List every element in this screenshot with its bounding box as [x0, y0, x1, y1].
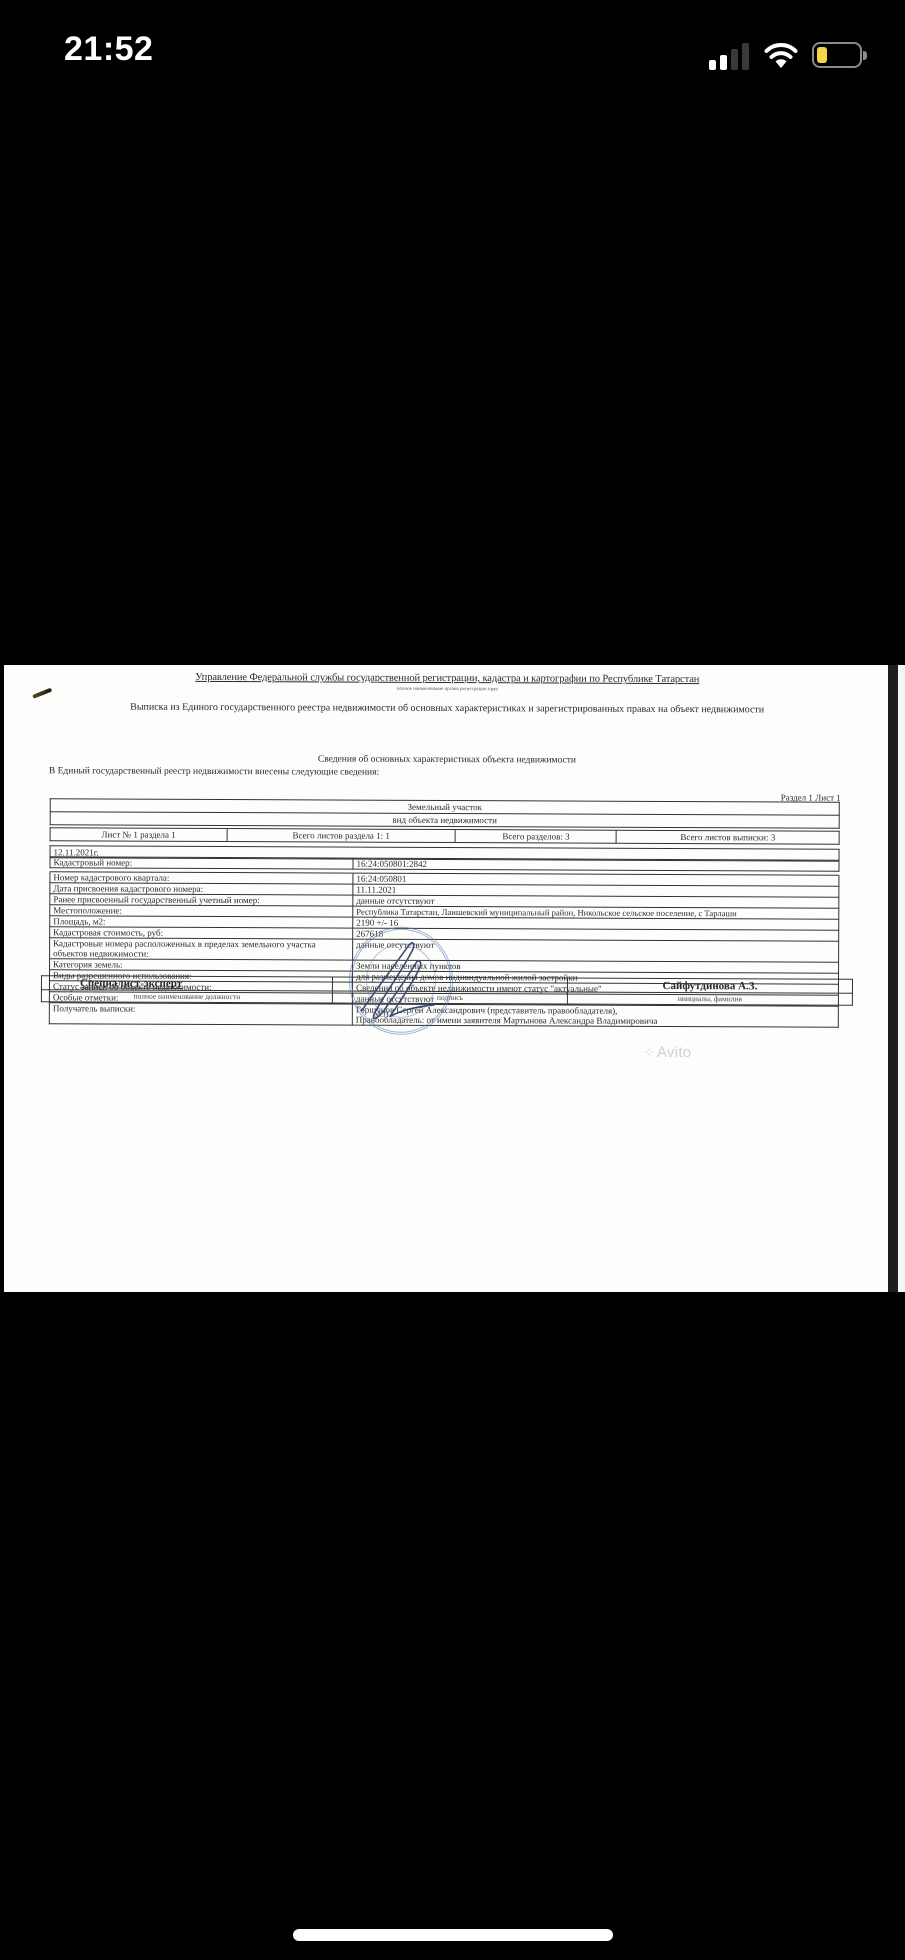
sections-total: Всего разделов: 3	[455, 830, 616, 844]
row-label: Дата присвоения кадастрового номера:	[50, 883, 353, 895]
avito-watermark: ⁘Avito	[644, 1044, 692, 1061]
extract-title: Выписка из Единого государственного реес…	[5, 701, 888, 716]
agency-caption: полное наименование органа регистрации п…	[5, 685, 888, 694]
document-photo: Управление Федеральной службы государств…	[4, 665, 888, 1292]
row-label: Кадастровая стоимость, руб:	[50, 927, 353, 939]
egrn-extract-document: Управление Федеральной службы государств…	[4, 665, 888, 1292]
position-caption: полное наименование должности	[41, 990, 332, 1003]
agency-name: Управление Федеральной службы государств…	[5, 671, 888, 686]
section-title: Сведения об основных характеристиках объ…	[5, 753, 888, 767]
row-label: Кадастровый номер:	[50, 857, 353, 869]
handwritten-signature	[354, 933, 454, 1033]
object-type-table: Земельный участок вид объекта недвижимос…	[50, 798, 840, 828]
row-label: Площадь, м2:	[50, 916, 353, 928]
row-label: Местоположение:	[50, 905, 353, 917]
row-label: Ранее присвоенный государственный учетны…	[50, 894, 353, 906]
row-label: Категория земель:	[50, 959, 353, 971]
position-title: Специалист-эксперт	[41, 976, 332, 991]
section-sheets-total: Всего листов раздела 1: 1	[227, 829, 455, 843]
object-type-caption: вид объекта недвижимости	[50, 812, 839, 828]
extract-sheets-total: Всего листов выписки: 3	[617, 830, 840, 844]
intro-text: В Единый государственный реестр недвижим…	[49, 766, 379, 777]
sheet-info-table: Лист № 1 раздела 1 Всего листов раздела …	[50, 827, 840, 844]
status-bar: 21:52	[0, 0, 905, 110]
row-label: Получатель выписки:	[49, 1003, 352, 1025]
name-caption: инициалы, фамилия	[567, 992, 852, 1005]
home-indicator[interactable]	[293, 1929, 613, 1941]
battery-low-icon	[812, 42, 862, 68]
sheet-number: Лист № 1 раздела 1	[50, 828, 227, 842]
photo-edge	[888, 665, 898, 1292]
row-label: Номер кадастрового квартала:	[50, 872, 353, 884]
signer-name: Сайфутдинова А.З.	[567, 978, 852, 993]
row-label: Кадастровые номера расположенных в преде…	[50, 938, 353, 960]
clock: 21:52	[64, 30, 153, 69]
wifi-icon	[763, 40, 799, 70]
cellular-signal-icon	[709, 42, 753, 70]
photo-edge-light	[898, 665, 905, 1292]
phone-screen: 21:52 Управление Федеральной службы госу…	[0, 0, 905, 1960]
avito-logo-icon: ⁘	[644, 1045, 655, 1060]
